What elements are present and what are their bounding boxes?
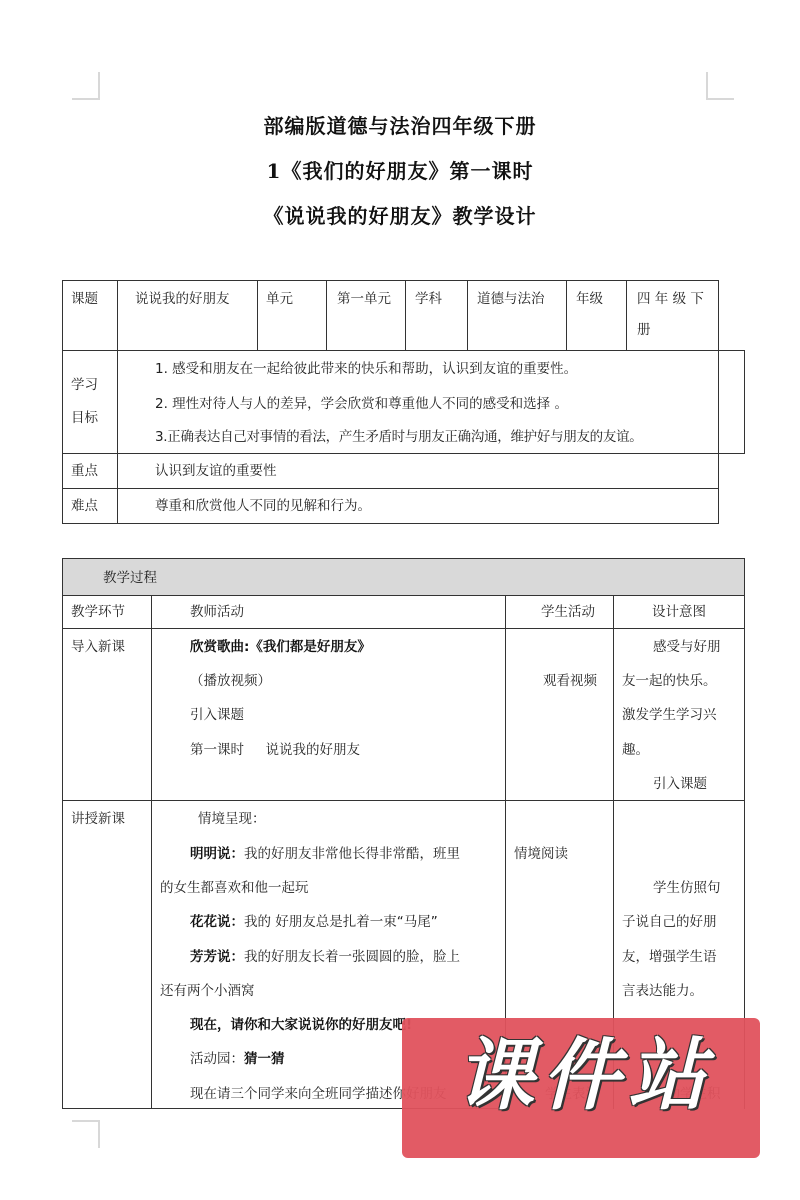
watermark-text: 课件站 [420,1028,750,1124]
objective-item: 3.正确表达自己对事情的看法，产生矛盾时与朋友正确沟通，维护好与朋友的友谊。 [155,429,642,445]
intent-line: 子说自己的好朋 [622,914,717,930]
teacher-line: 现在，请你和大家说说你的好朋友吧! [190,1017,412,1033]
key-point-label: 重点 [71,463,98,479]
intent-line: 学生仿照句 [653,880,721,896]
teacher-line: 明明说：我的好朋友非常他长得非常酷，班里 [190,846,460,862]
intent-line: 引入课题 [653,776,707,792]
speaker-name: 花花说： [190,914,244,930]
speaker-text: 我的 好朋友总是扎着一束“马尾” [244,914,438,930]
subject-value: 道德与法治 [477,291,545,307]
teacher-line: 欣赏歌曲:《我们都是好朋友》 [190,639,371,655]
unit-label: 单元 [266,291,293,307]
page-corner-mark [72,72,100,100]
header-student: 学生活动 [541,604,595,620]
document-title: 部编版道德与法治四年级下册 [0,110,800,139]
teacher-line: 的女生都喜欢和他一起玩 [160,880,309,896]
key-point-value: 认识到友谊的重要性 [155,463,277,479]
header-teacher: 教师活动 [190,604,244,620]
page-corner-mark [706,72,734,100]
stage-cell: 导入新课 [71,639,125,655]
document-subtitle: 1《我们的好朋友》第一课时 [0,155,800,184]
subject-label: 学科 [415,291,442,307]
intent-line: 感受与好朋 [653,639,721,655]
document-design-title: 《说说我的好朋友》教学设计 [0,200,800,229]
objective-item: 2. 理性对待人与人的差异，学会欣赏和尊重他人不同的感受和选择 。 [155,396,568,412]
objectives-label-1: 学习 [71,377,98,393]
objectives-label-2: 目标 [71,410,98,426]
grade-value-line2: 册 [637,322,651,338]
teacher-line: （播放视频） [190,673,271,689]
student-cell: 情境阅读 [514,846,568,862]
speaker-text: 我的好朋友非常他长得非常酷，班里 [244,846,460,862]
intent-line: 友一起的快乐。 [622,673,717,689]
teacher-line: 活动园：猜一猜 [190,1051,285,1067]
difficulty-value: 尊重和欣赏他人不同的见解和行为。 [155,498,371,514]
teacher-line: 芳芳说：我的好朋友长着一张圆圆的脸，脸上 [190,949,460,965]
process-band [62,559,744,595]
teacher-line: 引入课题 [190,707,244,723]
unit-value: 第一单元 [337,291,391,307]
teacher-line: 花花说：我的 好朋友总是扎着一束“马尾” [190,914,438,930]
teacher-line: 还有两个小酒窝 [160,983,255,999]
teacher-line: 第一课时 说说我的好朋友 [190,742,360,758]
intent-line: 友，增强学生语 [622,949,717,965]
intent-line: 言表达能力。 [622,983,703,999]
teacher-line: 情境呈现： [198,811,266,827]
speaker-name: 芳芳说： [190,949,244,965]
intent-line: 激发学生学习兴 [622,707,717,723]
grade-label: 年级 [576,291,603,307]
student-cell: 观看视频 [543,673,597,689]
header-stage: 教学环节 [71,604,125,620]
activity-label: 活动园： [190,1051,244,1067]
topic-label: 课题 [71,291,98,307]
stage-cell: 讲授新课 [71,811,125,827]
difficulty-label: 难点 [71,498,98,514]
process-band-title: 教学过程 [103,570,157,586]
header-intent: 设计意图 [652,604,706,620]
objective-item: 1. 感受和朋友在一起给彼此带来的快乐和帮助，认识到友谊的重要性。 [155,361,577,377]
activity-name: 猜一猜 [244,1051,285,1067]
page-corner-mark [72,1120,100,1148]
speaker-name: 明明说： [190,846,244,862]
topic-value: 说说我的好朋友 [135,291,230,307]
intent-line: 趣。 [622,742,649,758]
speaker-text: 我的好朋友长着一张圆圆的脸，脸上 [244,949,460,965]
grade-value-line1: 四 年 级 下 [637,291,704,307]
